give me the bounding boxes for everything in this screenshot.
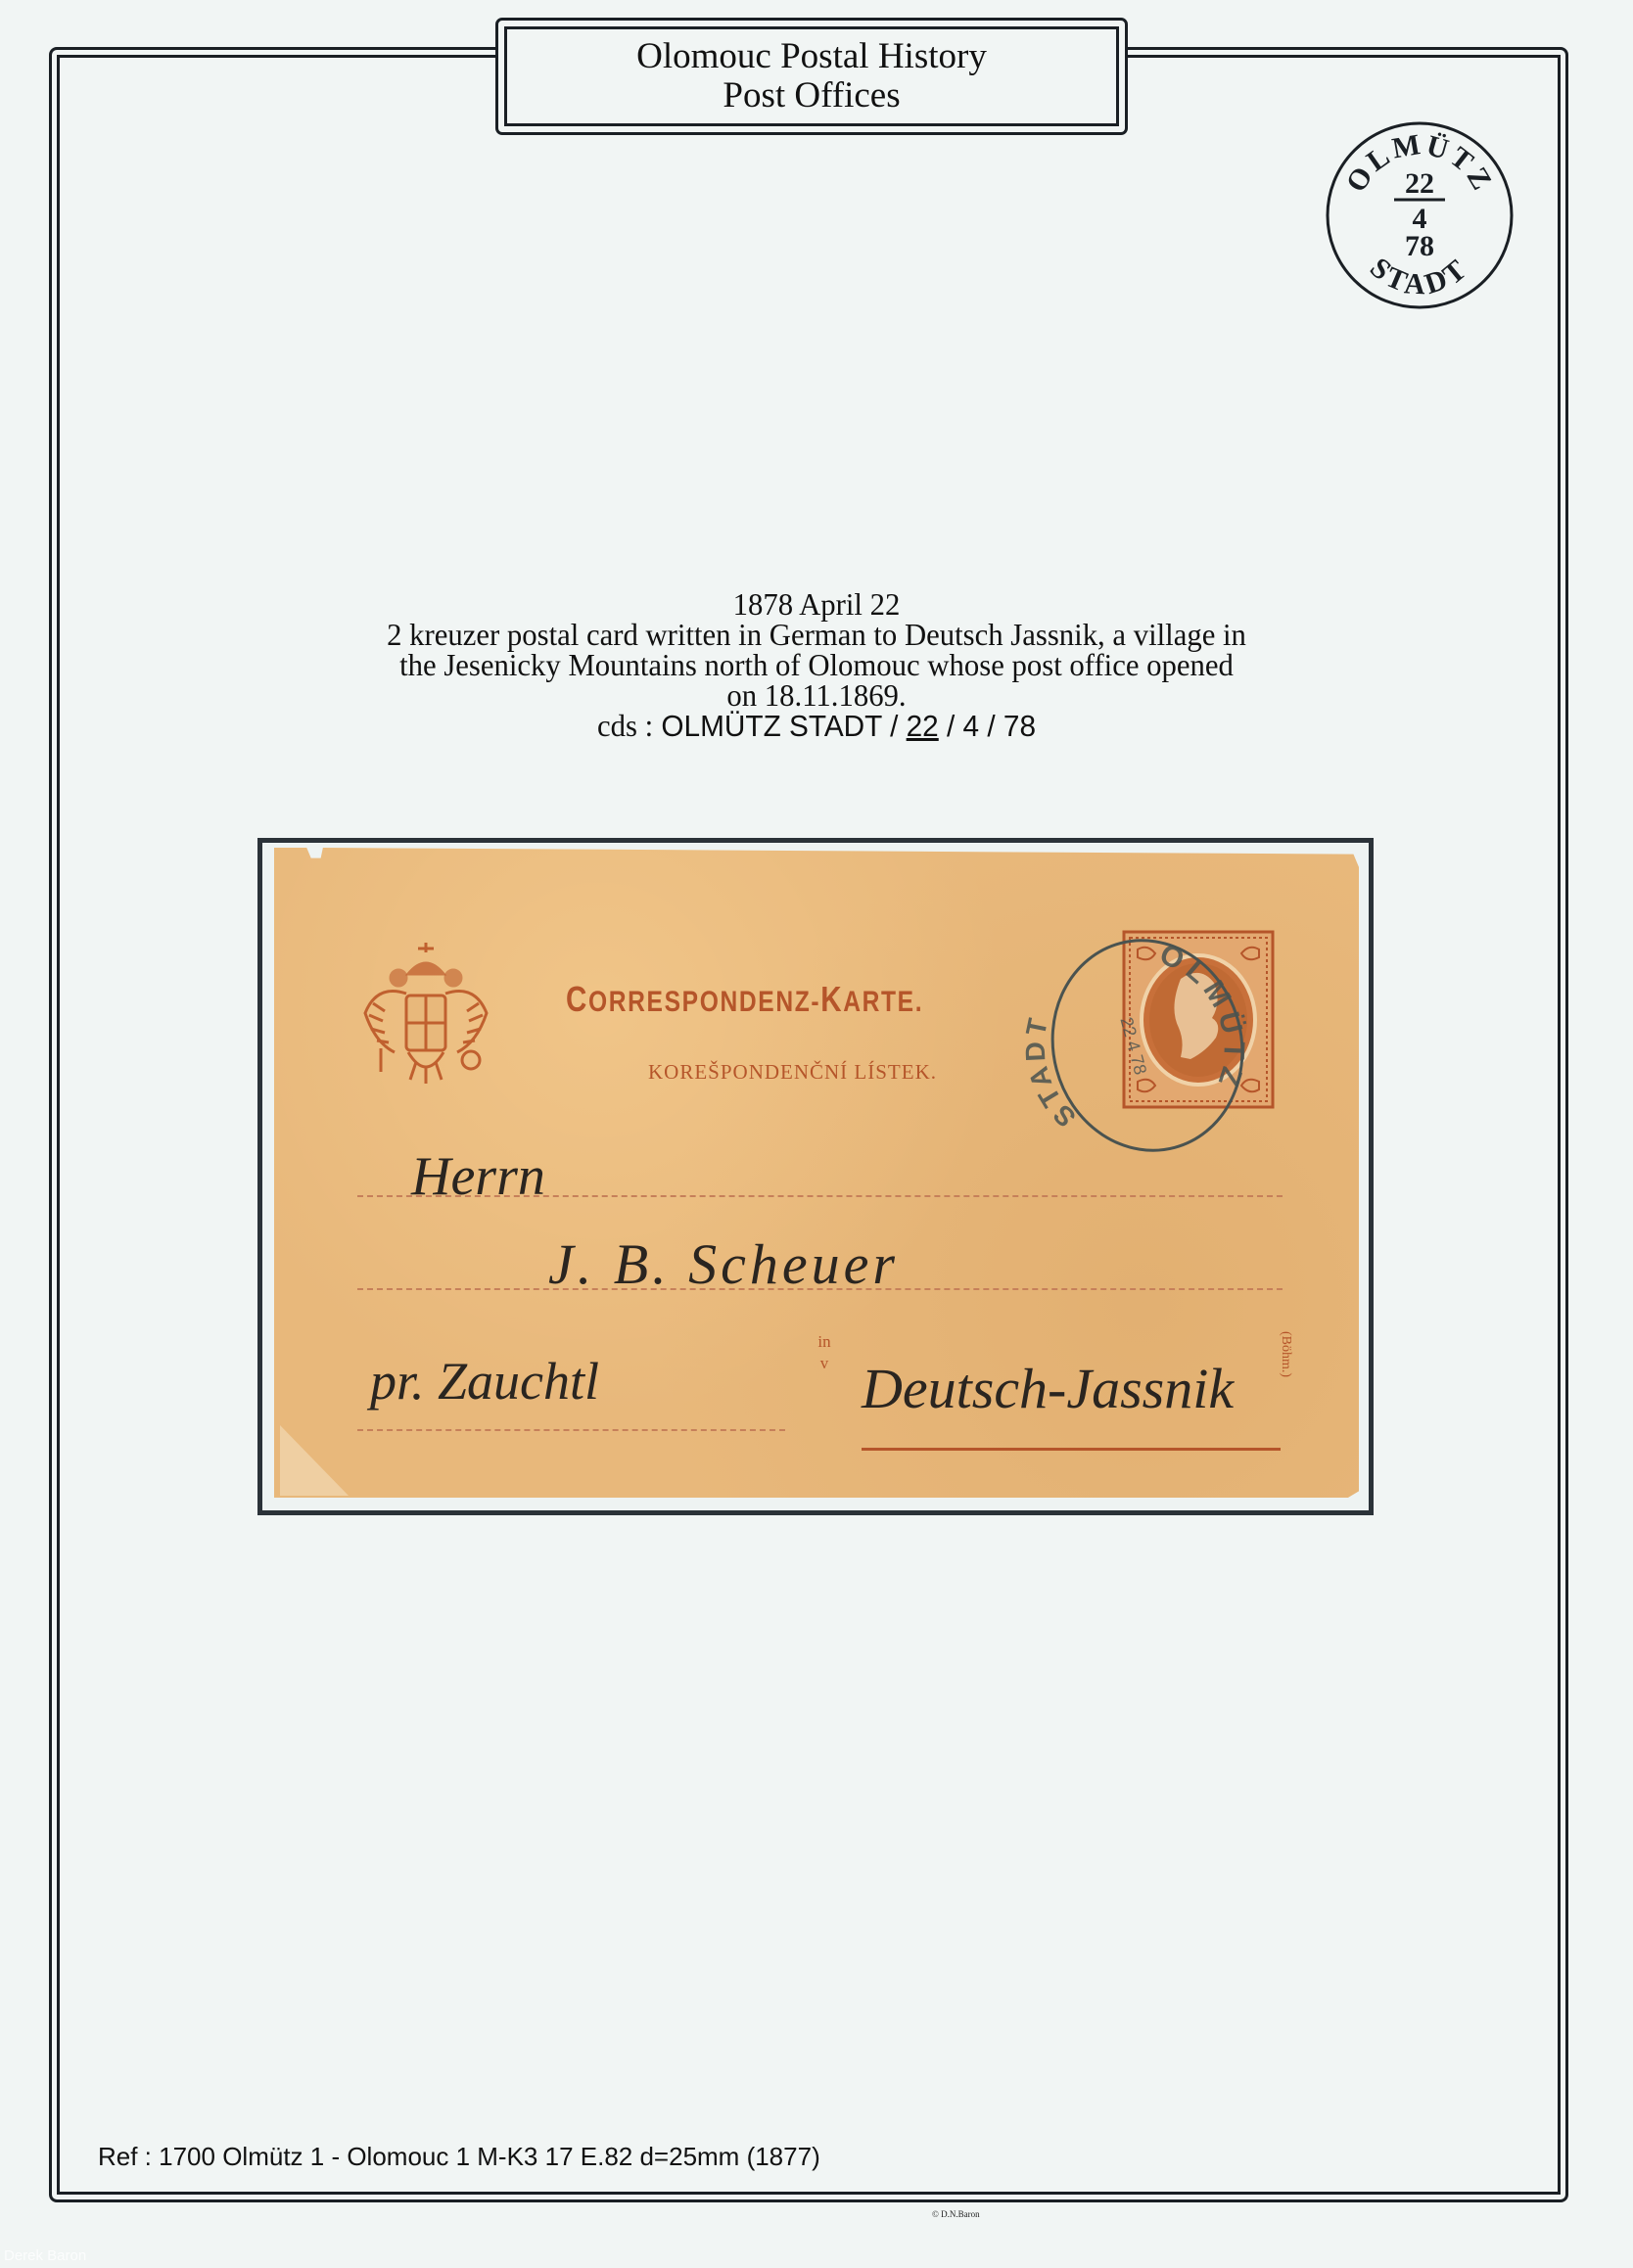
card-title-k: K [820,979,843,1019]
svg-text:OLMÜTZ: OLMÜTZ [1155,938,1250,1095]
reference-line: Ref : 1700 Olmütz 1 - Olomouc 1 M-K3 17 … [98,2142,820,2172]
cancel-bottom-text: STADT [1019,1012,1081,1134]
side-label: (Böhm.) [1278,1331,1293,1377]
description-date: 1878 April 22 [183,589,1450,620]
postmark-drawing: OLMÜTZ 22 4 78 STADT [1324,119,1516,311]
handwriting-salutation: Herrn [411,1145,545,1208]
description-line-1: 2 kreuzer postal card written in German … [183,620,1450,650]
cds-place: OLMÜTZ STADT / [661,709,898,743]
cds-label: cds : [597,708,653,743]
page-subtitle: Post Offices [723,76,900,116]
watermark: Derek Baron [4,2247,86,2264]
address-line-3 [357,1429,785,1431]
coat-of-arms-icon [357,935,494,1091]
destination-underline [862,1448,1281,1451]
cds-rest: / 4 / 78 [947,709,1036,743]
description-line-3: on 18.11.1869. [183,680,1450,711]
page-title: Olomouc Postal History [636,37,987,76]
svg-text:STADT: STADT [1019,1012,1081,1134]
handwriting-via: pr. Zauchtl [370,1351,599,1412]
card-title-initial: C [566,979,588,1019]
card-title-part: ORRESPONDENZ- [588,986,820,1018]
title-box: Olomouc Postal History Post Offices [495,18,1128,135]
cds-line: cds : OLMÜTZ STADT / 22 / 4 / 78 [183,711,1450,741]
in-v-label: in v [815,1331,834,1374]
card-subtitle: KOREŠPONDENČNÍ LÍSTEK. [648,1060,937,1085]
handwriting-recipient: J. B. Scheuer [548,1231,899,1297]
postmark-day: 22 [1405,167,1434,200]
cancel-top-text: OLMÜTZ [1155,938,1250,1095]
v-label: v [815,1353,834,1374]
copyright: © D.N.Baron [932,2209,980,2219]
description-block: 1878 April 22 2 kreuzer postal card writ… [183,589,1450,741]
handwriting-destination: Deutsch-Jassnik [862,1356,1234,1421]
postmark-year: 78 [1405,230,1434,262]
cds-day: 22 [907,709,939,743]
card-title: CORRESPONDENZ-KARTE. [566,979,923,1020]
cancel-date: 22 4 78 [1116,1015,1150,1077]
cancellation-postmark: STADT OLMÜTZ 22 4 78 [1018,930,1253,1165]
title-box-inner: Olomouc Postal History Post Offices [504,26,1119,126]
in-label: in [815,1331,834,1353]
card-title-end: ARTE. [843,986,923,1018]
description-line-2: the Jesenicky Mountains north of Olomouc… [183,650,1450,680]
